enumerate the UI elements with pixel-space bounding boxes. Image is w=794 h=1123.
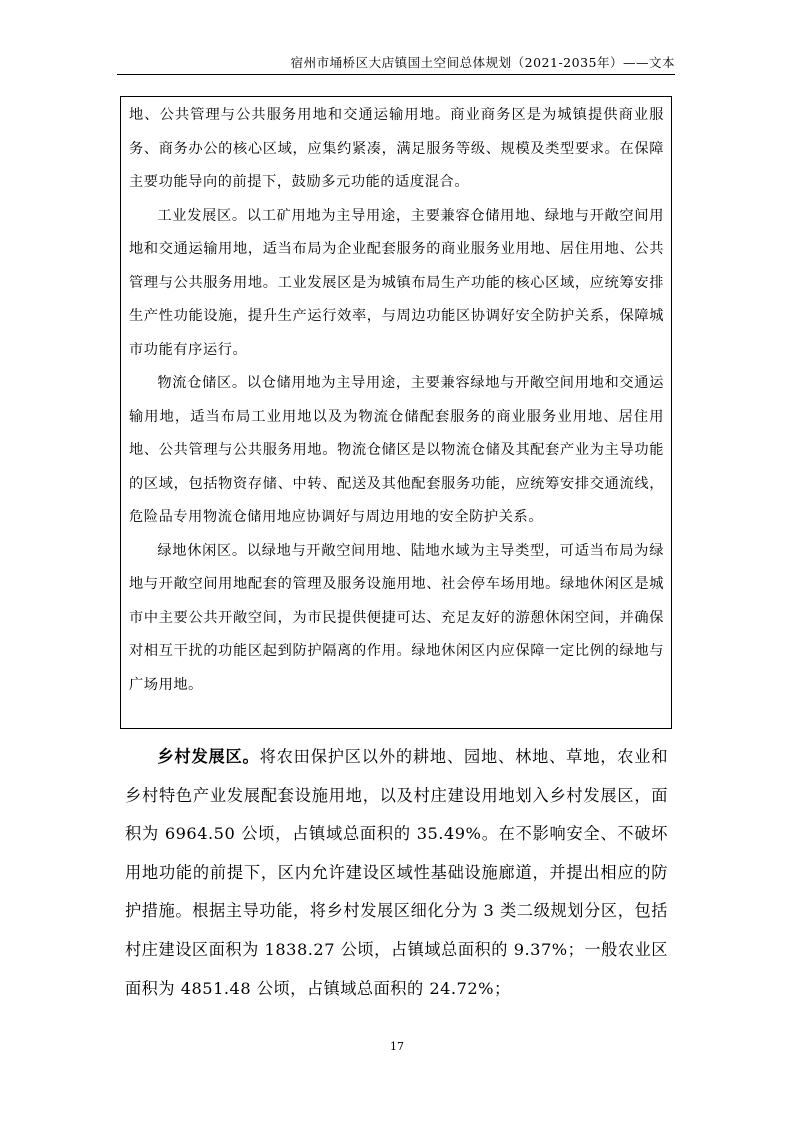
box-paragraph-logistics: 物流仓储区。以仓储用地为主导用途，主要兼容绿地与开敞空间用地和交通运输用地，适当… xyxy=(129,367,664,535)
body-paragraph-text: 将农田保护区以外的耕地、园地、林地、草地，农业和乡村特色产业发展配套设施用地，以… xyxy=(125,747,668,998)
page-number: 17 xyxy=(0,1040,794,1053)
zone-description-box: 地、公共管理与公共服务用地和交通运输用地。商业商务区是为城镇提供商业服务、商务办… xyxy=(120,96,672,729)
document-title: 宿州市埇桥区大店镇国土空间总体规划（2021-2035年）——文本 xyxy=(291,55,675,70)
body-paragraph: 乡村发展区。将农田保护区以外的耕地、园地、林地、草地，农业和乡村特色产业发展配套… xyxy=(125,738,668,1008)
box-paragraph-commercial: 地、公共管理与公共服务用地和交通运输用地。商业商务区是为城镇提供商业服务、商务办… xyxy=(129,99,664,200)
box-paragraph-green-leisure: 绿地休闲区。以绿地与开敞空间用地、陆地水域为主导类型，可适当布局为绿地与开敞空间… xyxy=(129,535,664,703)
page-header: 宿州市埇桥区大店镇国土空间总体规划（2021-2035年）——文本 xyxy=(117,54,675,75)
body-section-rural-development: 乡村发展区。将农田保护区以外的耕地、园地、林地、草地，农业和乡村特色产业发展配套… xyxy=(125,738,668,1008)
box-paragraph-industrial: 工业发展区。以工矿用地为主导用途，主要兼容仓储用地、绿地与开敞空间用地和交通运输… xyxy=(129,200,664,368)
section-lead-heading: 乡村发展区。 xyxy=(157,747,259,766)
